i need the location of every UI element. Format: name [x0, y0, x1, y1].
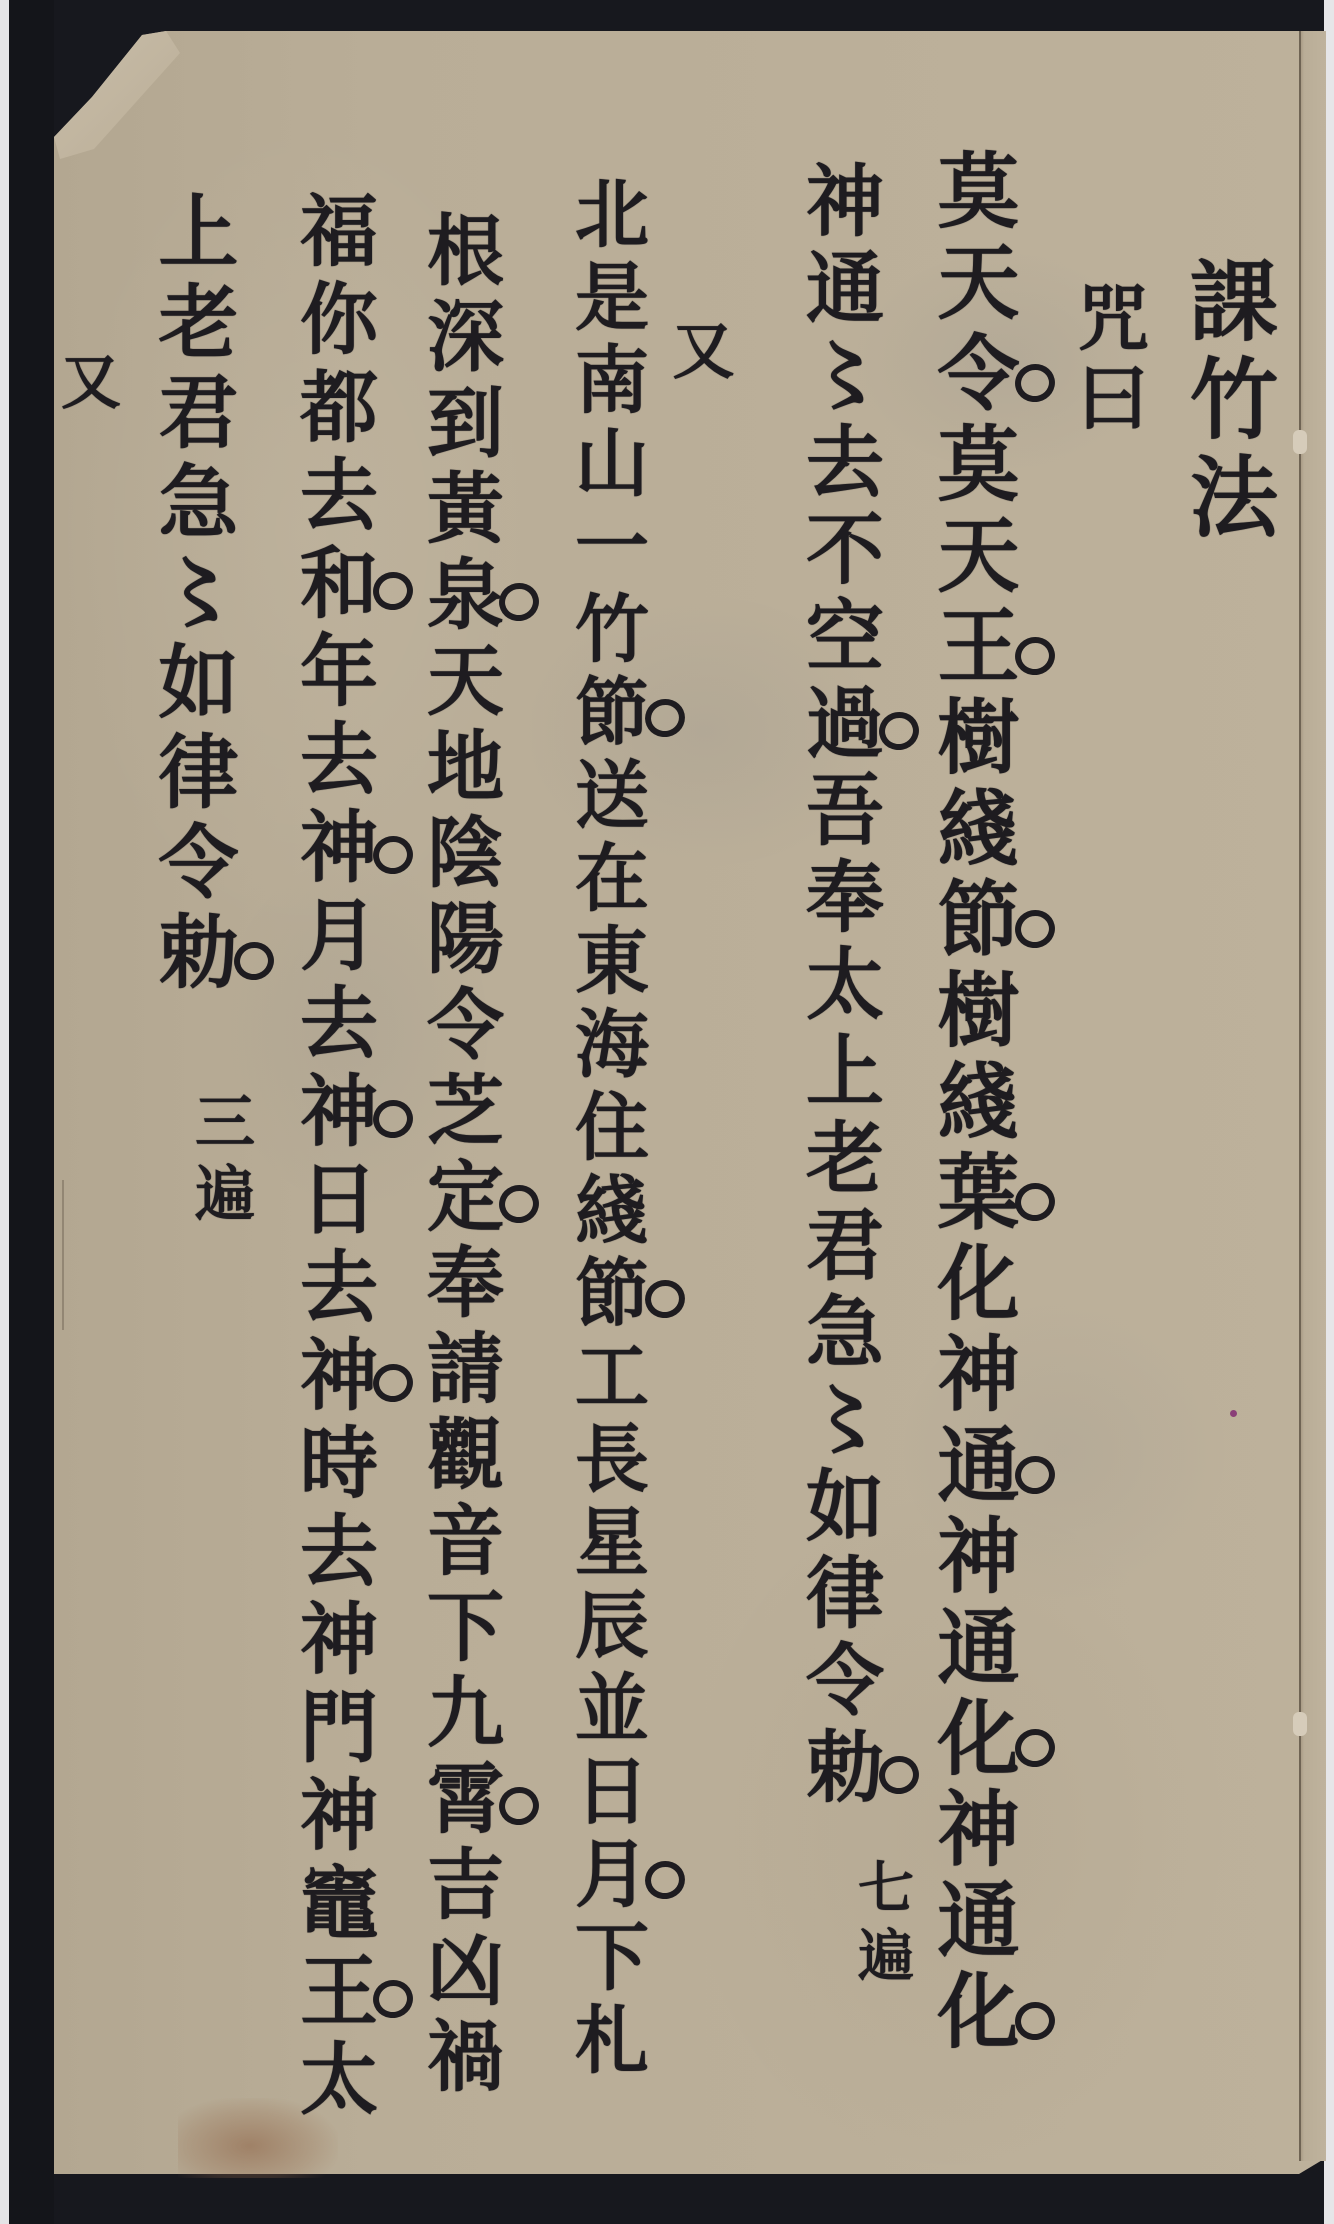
- scan-margin-left: [0, 0, 9, 2224]
- title-column: 課竹法: [1184, 255, 1272, 549]
- text-segment: 奉請觀音下九霄: [420, 1242, 497, 1844]
- segment-text: 莫天令: [931, 148, 1013, 421]
- text-segment: 月去神: [293, 894, 371, 1158]
- text-segment: 天地陰陽令芝定: [420, 640, 497, 1242]
- text-segment: 樹綫節: [931, 694, 1013, 967]
- segment-text: 工長星辰並日月: [569, 1337, 643, 1918]
- segment-text: 年去神: [293, 630, 371, 894]
- text-segment: 日去神: [293, 1158, 371, 1422]
- binding-thread-icon: [1293, 1712, 1307, 1736]
- text-segment: 樹綫葉: [931, 967, 1013, 1240]
- text-segment: 又: [56, 350, 116, 410]
- text-column-4: 神通〻去不空過 吾奉太上老君急〻如律令勅: [799, 160, 877, 1813]
- segment-text: 吉凶禍: [420, 1844, 497, 2102]
- text-segment: 下札: [569, 1918, 643, 2084]
- text-segment: 神通〻去不空過: [799, 160, 877, 769]
- text-column-9: 上老君急〻如律令勅: [152, 190, 232, 1000]
- segment-text: 樹綫葉: [931, 967, 1013, 1240]
- repeat-count-note: 三遍: [190, 1090, 250, 1234]
- segment-text: 樹綫節: [931, 694, 1013, 967]
- segment-text: 送在東海住綫節: [569, 756, 643, 1337]
- segment-text: 奉請觀音下九霄: [420, 1242, 497, 1844]
- text-segment: 神通化: [931, 1513, 1013, 1786]
- text-segment: 根深到黃泉: [420, 210, 497, 640]
- text-segment: 莫天令: [931, 148, 1013, 421]
- repeat-note-column: 七遍: [854, 1858, 910, 1994]
- page-title: 課竹法: [1184, 255, 1272, 549]
- incantation-label-column: 咒曰: [1071, 280, 1143, 440]
- text-segment: 吉凶禍: [420, 1844, 497, 2102]
- paper-overlap-edge: [62, 1180, 64, 1330]
- repeat-note-column: 三遍: [190, 1090, 250, 1234]
- text-segment: 工長星辰並日月: [569, 1337, 643, 1918]
- segment-text: 化神通: [931, 1240, 1013, 1513]
- segment-text: 月去神: [293, 894, 371, 1158]
- section-marker: 又: [56, 350, 116, 410]
- section-marker-column: 又: [56, 350, 116, 410]
- text-segment: 又: [667, 318, 729, 380]
- section-marker-column: 又: [667, 318, 729, 380]
- text-segment: 上老君急〻如律令勅: [152, 190, 232, 1000]
- text-segment: 北是南山一竹節: [569, 175, 643, 756]
- section-marker: 又: [667, 318, 729, 380]
- segment-text: 日去神: [293, 1158, 371, 1422]
- repeat-count-note: 七遍: [854, 1858, 910, 1994]
- segment-text: 北是南山一竹節: [569, 175, 643, 756]
- text-column-6: 北是南山一竹節 送在東海住綫節 工長星辰並日月 下札: [569, 175, 643, 2084]
- text-segment: 福你都去和: [293, 190, 371, 630]
- text-column-7: 根深到黃泉 天地陰陽令芝定 奉請觀音下九霄 吉凶禍: [420, 210, 497, 2102]
- text-column-3: 莫天令 莫天王 樹綫節 樹綫葉 化神通 神通化 神通化: [931, 148, 1013, 2059]
- segment-text: 時去神門神竈王: [293, 1422, 371, 2038]
- ink-speck: [1230, 1410, 1237, 1417]
- segment-text: 根深到黃泉: [420, 210, 497, 640]
- segment-text: 下札: [569, 1918, 643, 2084]
- text-segment: 莫天王: [931, 421, 1013, 694]
- segment-text: 吾奉太上老君急〻如律令勅: [799, 769, 877, 1813]
- text-segment: 咒曰: [1071, 280, 1143, 440]
- segment-text: 神通化: [931, 1786, 1013, 2059]
- segment-text: 天地陰陽令芝定: [420, 640, 497, 1242]
- text-segment: 吾奉太上老君急〻如律令勅: [799, 769, 877, 1813]
- text-segment: 七遍: [854, 1858, 910, 1994]
- text-segment: 三遍: [190, 1090, 250, 1234]
- segment-text: 莫天王: [931, 421, 1013, 694]
- text-segment: 送在東海住綫節: [569, 756, 643, 1337]
- incantation-label: 咒曰: [1071, 280, 1143, 440]
- text-segment: 太: [293, 2038, 371, 2126]
- segment-text: 太: [293, 2038, 371, 2126]
- page-fold-edge: [1299, 31, 1326, 2161]
- segment-text: 神通化: [931, 1513, 1013, 1786]
- segment-text: 神通〻去不空過: [799, 160, 877, 769]
- text-segment: 年去神: [293, 630, 371, 894]
- text-segment: 課竹法: [1184, 255, 1272, 549]
- segment-text: 福你都去和: [293, 190, 371, 630]
- text-column-8: 福你都去和 年去神 月去神 日去神 時去神門神竈王 太: [293, 190, 371, 2126]
- text-segment: 化神通: [931, 1240, 1013, 1513]
- text-segment: 時去神門神竈王: [293, 1422, 371, 2038]
- text-segment: 神通化: [931, 1786, 1013, 2059]
- book-binding-edge: [9, 0, 54, 2224]
- binding-thread-icon: [1293, 430, 1307, 454]
- segment-text: 上老君急〻如律令勅: [152, 190, 232, 1000]
